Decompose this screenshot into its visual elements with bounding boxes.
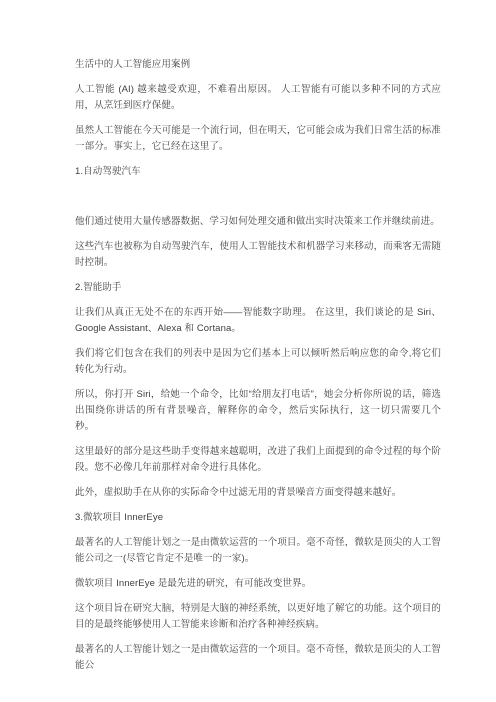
- section1-paragraph-1: 他们通过使用大量传感器数据、学习如何处理交通和做出实时决策来工作并继续前进。: [75, 214, 441, 230]
- intro-paragraph-1: 人工智能 (AI) 越来越受欢迎，不难看出原因。 人工智能有可能以多种不同的方式…: [75, 82, 441, 114]
- section-heading-self-driving-cars: 1.自动驾驶汽车: [75, 164, 441, 180]
- intro-paragraph-2: 虽然人工智能在今天可能是一个流行词，但在明天，它可能会成为我们日常生活的标准一部…: [75, 123, 441, 155]
- section3-paragraph-3: 这个项目旨在研究大脑，特别是大脑的神经系统，以更好地了解它的功能。这个项目的目的…: [75, 601, 441, 633]
- section-heading-smart-assistants: 2.智能助手: [75, 280, 441, 296]
- section-heading-inner-eye: 3.微软项目 InnerEye: [75, 510, 441, 526]
- section3-paragraph-1: 最著名的人工智能计划之一是由微软运营的一个项目。毫不奇怪，微软是顶尖的人工智能公…: [75, 535, 441, 567]
- section2-paragraph-4: 这里最好的部分是这些助手变得越来越聪明，改进了我们上面提到的命令过程的每个阶段。…: [75, 444, 441, 476]
- section3-paragraph-4-truncated: 最著名的人工智能计划之一是由微软运营的一个项目。毫不奇怪，微软是顶尖的人工智能公: [75, 642, 441, 674]
- section2-paragraph-1: 让我们从真正无处不在的东西开始——智能数字助理。 在这里，我们谈论的是 Siri…: [75, 305, 441, 337]
- section1-paragraph-2: 这些汽车也被称为自动驾驶汽车，使用人工智能技术和机器学习来移动，而乘客无需随时控…: [75, 239, 441, 271]
- section2-paragraph-2: 我们将它们包含在我们的列表中是因为它们基本上可以倾听然后响应您的命令,将它们转化…: [75, 346, 441, 378]
- section3-paragraph-2: 微软项目 InnerEye 是最先进的研究，有可能改变世界。: [75, 576, 441, 592]
- blank-image-gap: [75, 189, 441, 214]
- document-page: 生活中的人工智能应用案例 人工智能 (AI) 越来越受欢迎，不难看出原因。 人工…: [0, 0, 496, 702]
- section2-paragraph-5: 此外，虚拟助手在从你的实际命令中过滤无用的背景噪音方面变得越来越好。: [75, 485, 441, 501]
- section2-paragraph-3: 所以，你打开 Siri，给她一个命令，比如“给朋友打电话”，她会分析你所说的话，…: [75, 387, 441, 435]
- doc-title: 生活中的人工智能应用案例: [75, 57, 441, 73]
